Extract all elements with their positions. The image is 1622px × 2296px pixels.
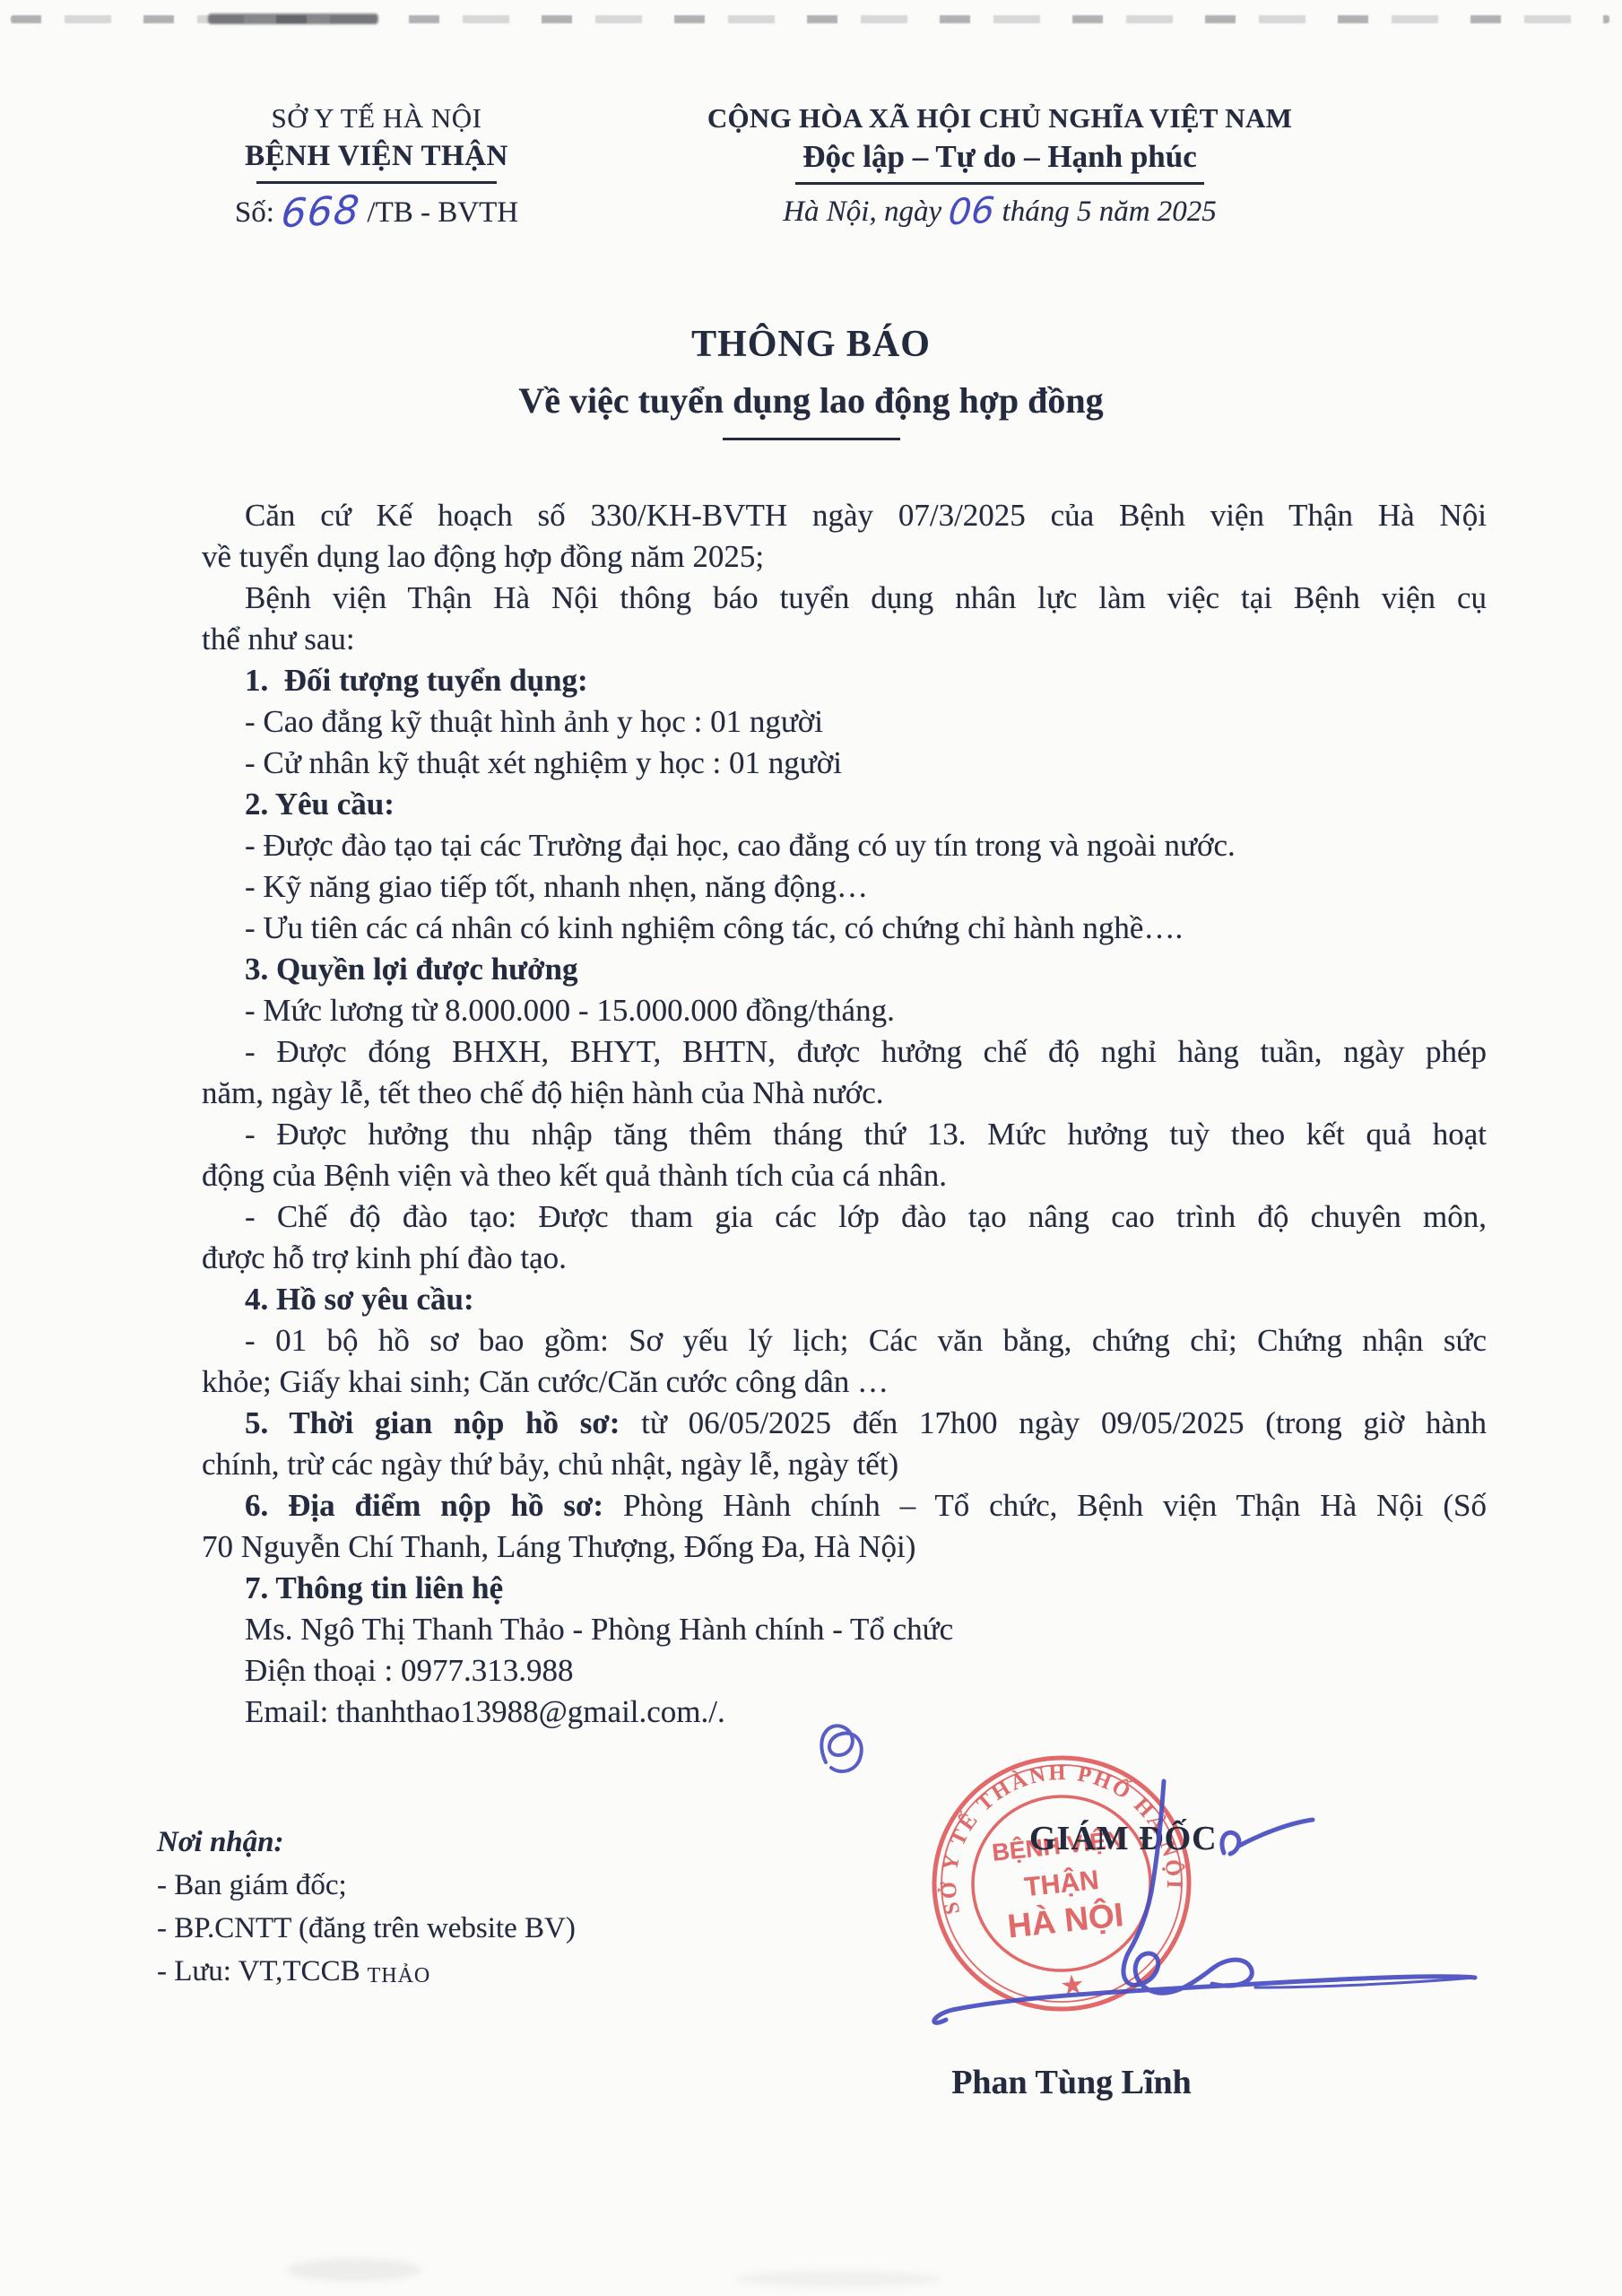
body-text-bold: 2. Yêu cầu: xyxy=(245,787,395,822)
body-text: 70 Nguyễn Chí Thanh, Láng Thượng, Đống Đ… xyxy=(202,1529,915,1564)
body-line: 3. Quyền lợi được hưởng xyxy=(202,949,1487,990)
body-line: chính, trừ các ngày thứ bảy, chủ nhật, n… xyxy=(202,1444,1487,1485)
recipient-text: - BP.CNTT (đăng trên website BV) xyxy=(157,1912,576,1944)
body-text: năm, ngày lễ, tết theo chế độ hiện hành … xyxy=(202,1075,884,1110)
handwritten-document-number: 668 xyxy=(281,197,361,229)
body-line: 7. Thông tin liên hệ xyxy=(202,1568,1487,1609)
recipient-clerk-initials: THẢO xyxy=(368,1964,431,1987)
national-motto-line1: CỘNG HÒA XÃ HỘI CHỦ NGHĨA VIỆT NAM xyxy=(681,100,1318,136)
body-text: về tuyển dụng lao động hợp đồng năm 2025… xyxy=(202,539,764,574)
body-text-bold: 5. Thời gian nộp hồ sơ: xyxy=(245,1405,620,1440)
body-text: Ms. Ngô Thị Thanh Thảo - Phòng Hành chín… xyxy=(245,1612,953,1647)
body-text: Căn cứ Kế hoạch số 330/KH-BVTH ngày 07/3… xyxy=(245,498,1487,533)
letterhead-issuer: SỞ Y TẾ HÀ NỘI BỆNH VIỆN THẬN Số: 668 /T… xyxy=(215,100,538,230)
body-line: năm, ngày lễ, tết theo chế độ hiện hành … xyxy=(202,1073,1487,1114)
recipient-item: - BP.CNTT (đăng trên website BV) xyxy=(157,1907,576,1950)
body-text: động của Bệnh viện và theo kết quả thành… xyxy=(202,1158,947,1193)
body-text: - Chế độ đào tạo: Được tham gia các lớp … xyxy=(245,1199,1487,1234)
scan-artifact-dark-segment xyxy=(208,13,378,24)
body-text: Phòng Hành chính – Tổ chức, Bệnh viện Th… xyxy=(603,1488,1487,1523)
body-text: được hỗ trợ kinh phí đào tạo. xyxy=(202,1240,567,1275)
document-number-suffix: /TB - BVTH xyxy=(360,196,518,229)
body-line: Điện thoại : 0977.313.988 xyxy=(202,1650,1487,1692)
body-text: - Cao đẳng kỹ thuật hình ảnh y học : 01 … xyxy=(245,704,823,739)
body-text: Bệnh viện Thận Hà Nội thông báo tuyển dụ… xyxy=(245,580,1487,615)
body-text: từ 06/05/2025 đến 17h00 ngày 09/05/2025 … xyxy=(620,1405,1487,1440)
body-line: 6. Địa điểm nộp hồ sơ: Phòng Hành chính … xyxy=(202,1485,1487,1526)
recipient-text: - Lưu: VT,TCCB xyxy=(157,1955,360,1987)
body-text-bold: 6. Địa điểm nộp hồ sơ: xyxy=(245,1488,603,1523)
body-text: - Mức lương từ 8.000.000 - 15.000.000 đồ… xyxy=(245,993,895,1028)
body-line: 1. Đối tượng tuyển dụng: xyxy=(202,660,1487,701)
body-lines: Căn cứ Kế hoạch số 330/KH-BVTH ngày 07/3… xyxy=(202,495,1487,1733)
body-text: Điện thoại : 0977.313.988 xyxy=(245,1653,574,1688)
body-line: 2. Yêu cầu: xyxy=(202,784,1487,825)
body-text: - 01 bộ hồ sơ bao gồm: Sơ yếu lý lịch; C… xyxy=(245,1323,1487,1358)
body-text-bold: 7. Thông tin liên hệ xyxy=(245,1570,503,1605)
body-line: Bệnh viện Thận Hà Nội thông báo tuyển dụ… xyxy=(202,578,1487,619)
underline-divider xyxy=(795,182,1204,185)
handwritten-day: 06 xyxy=(948,197,996,227)
body-text: - Kỹ năng giao tiếp tốt, nhanh nhẹn, năn… xyxy=(245,869,868,904)
recipients-label: Nơi nhận: xyxy=(157,1821,576,1864)
body-text: - Cử nhân kỹ thuật xét nghiệm y học : 01… xyxy=(245,745,842,780)
document-subtitle: Về việc tuyển dụng lao động hợp đồng xyxy=(0,378,1622,423)
body-line: 70 Nguyễn Chí Thanh, Láng Thượng, Đống Đ… xyxy=(202,1526,1487,1568)
document-title-block: THÔNG BÁO Về việc tuyển dụng lao động hợ… xyxy=(0,321,1622,440)
body-line: thể như sau: xyxy=(202,619,1487,660)
document-number-prefix: Số: xyxy=(235,196,282,229)
recipients-list: - Ban giám đốc;- BP.CNTT (đăng trên webs… xyxy=(157,1864,576,1993)
body-text: - Được đào tạo tại các Trường đại học, c… xyxy=(245,828,1236,863)
body-text: Email: thanhthao13988@gmail.com./. xyxy=(245,1694,725,1729)
body-line: về tuyển dụng lao động hợp đồng năm 2025… xyxy=(202,536,1487,578)
place-date-line: Hà Nội, ngày 06 tháng 5 năm 2025 xyxy=(681,196,1318,229)
body-line: 4. Hồ sơ yêu cầu: xyxy=(202,1279,1487,1320)
scan-artifact-smudge xyxy=(735,2271,941,2287)
body-text-bold: 4. Hồ sơ yêu cầu: xyxy=(245,1282,474,1317)
national-motto-line2: Độc lập – Tự do – Hạnh phúc xyxy=(681,136,1318,178)
body-text-bold: 1. Đối tượng tuyển dụng: xyxy=(245,663,588,698)
body-line: - 01 bộ hồ sơ bao gồm: Sơ yếu lý lịch; C… xyxy=(202,1320,1487,1361)
underline-divider xyxy=(256,181,497,184)
scan-artifact-smudge xyxy=(287,2258,421,2282)
body-line: 5. Thời gian nộp hồ sơ: từ 06/05/2025 đế… xyxy=(202,1403,1487,1444)
scanned-document-page: SỞ Y TẾ HÀ NỘI BỆNH VIỆN THẬN Số: 668 /T… xyxy=(0,0,1622,2296)
body-line: khỏe; Giấy khai sinh; Căn cước/Căn cước … xyxy=(202,1361,1487,1403)
body-line: - Được đào tạo tại các Trường đại học, c… xyxy=(202,825,1487,866)
pen-initial-mark xyxy=(810,1716,876,1782)
recipient-text: - Ban giám đốc; xyxy=(157,1869,347,1901)
body-line: Ms. Ngô Thị Thanh Thảo - Phòng Hành chín… xyxy=(202,1609,1487,1650)
body-line: Căn cứ Kế hoạch số 330/KH-BVTH ngày 07/3… xyxy=(202,495,1487,536)
document-title: THÔNG BÁO xyxy=(0,321,1622,368)
body-line: - Ưu tiên các cá nhân có kinh nghiệm côn… xyxy=(202,908,1487,949)
body-line: - Mức lương từ 8.000.000 - 15.000.000 đồ… xyxy=(202,990,1487,1031)
body-text: - Ưu tiên các cá nhân có kinh nghiệm côn… xyxy=(245,910,1183,945)
body-line: - Cử nhân kỹ thuật xét nghiệm y học : 01… xyxy=(202,743,1487,784)
recipient-item: - Ban giám đốc; xyxy=(157,1864,576,1907)
body-text: - Được hưởng thu nhập tăng thêm tháng th… xyxy=(245,1117,1487,1152)
underline-divider xyxy=(723,438,900,440)
body-line: được hỗ trợ kinh phí đào tạo. xyxy=(202,1238,1487,1279)
recipient-item: - Lưu: VT,TCCBTHẢO xyxy=(157,1950,576,1993)
recipients: Nơi nhận: - Ban giám đốc;- BP.CNTT (đăng… xyxy=(157,1821,576,1993)
body-line: - Được đóng BHXH, BHYT, BHTN, được hưởng… xyxy=(202,1031,1487,1073)
body-line: - Được hưởng thu nhập tăng thêm tháng th… xyxy=(202,1114,1487,1155)
issuer-parent-org: SỞ Y TẾ HÀ NỘI xyxy=(215,100,538,136)
document-number: Số: 668 /TB - BVTH xyxy=(215,196,538,230)
body-line: - Cao đẳng kỹ thuật hình ảnh y học : 01 … xyxy=(202,701,1487,743)
body-text: thể như sau: xyxy=(202,622,355,657)
place-date-pre: Hà Nội, ngày xyxy=(783,196,949,228)
body-text: - Được đóng BHXH, BHYT, BHTN, được hưởng… xyxy=(245,1034,1487,1069)
signature-scribble xyxy=(897,1749,1524,2144)
letterhead-national: CỘNG HÒA XÃ HỘI CHỦ NGHĨA VIỆT NAM Độc l… xyxy=(681,100,1318,229)
body-text-bold: 3. Quyền lợi được hưởng xyxy=(245,952,577,987)
body-line: - Kỹ năng giao tiếp tốt, nhanh nhẹn, năn… xyxy=(202,866,1487,908)
body-line: - Chế độ đào tạo: Được tham gia các lớp … xyxy=(202,1196,1487,1238)
body-text: chính, trừ các ngày thứ bảy, chủ nhật, n… xyxy=(202,1447,898,1482)
place-date-post: tháng 5 năm 2025 xyxy=(994,196,1217,228)
body-line: động của Bệnh viện và theo kết quả thành… xyxy=(202,1155,1487,1196)
body-text: khỏe; Giấy khai sinh; Căn cước/Căn cước … xyxy=(202,1364,889,1399)
issuer-org-name: BỆNH VIỆN THẬN xyxy=(215,136,538,176)
